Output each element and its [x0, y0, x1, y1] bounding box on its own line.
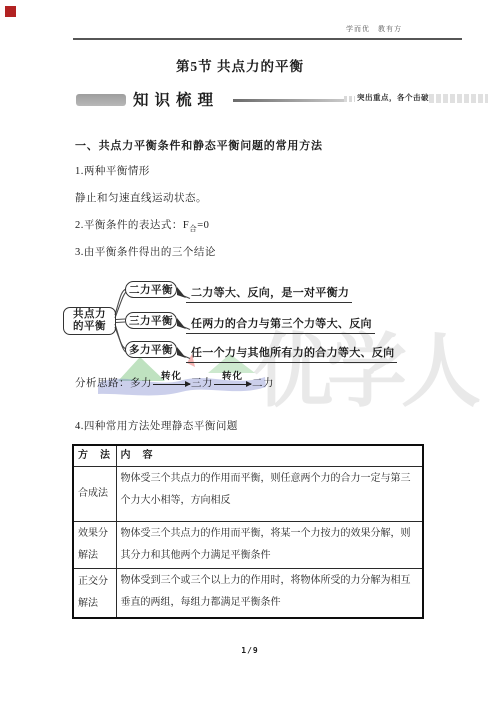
page-number: 1/9 — [0, 646, 500, 655]
content-cell: 物体受三个共点力的作用而平衡，将某一个力按力的效果分解，则其分力和其他两个力满足… — [116, 521, 423, 568]
analysis-word-two: 二力 — [252, 377, 274, 390]
banner-divider-line — [233, 99, 344, 102]
table-header-row: 方 法 内 容 — [73, 445, 423, 466]
transform-arrow-2: 转化 — [214, 372, 251, 390]
mindmap-desc-two-force: 二力等大、反向，是一对平衡力 — [186, 284, 352, 303]
mindmap-node-multi-force: 多力平衡 — [125, 341, 177, 358]
mindmap-node-two-force: 二力平衡 — [125, 281, 177, 298]
page-title: 第5节 共点力的平衡 — [0, 55, 480, 75]
mindmap-root-line1: 共点力 — [73, 309, 106, 322]
mindmap-node-three-force: 三力平衡 — [125, 312, 177, 329]
content-cell: 物体受到三个或三个以上力的作用时，将物体所受的力分解为相互垂直的两组，每组力都满… — [116, 568, 423, 618]
outline-item-4: 4.四种常用方法处理静态平衡问题 — [75, 418, 238, 433]
document-page: 优学人 学而优 教有方 第5节 共点力的平衡 知识梳理 突出重点，各个击破 一、… — [0, 0, 500, 707]
outline-item-1-detail: 静止和匀速直线运动状态。 — [75, 190, 207, 205]
mindmap-desc-multi-force: 任一个力与其他所有力的合力等大、反向 — [186, 344, 397, 363]
method-cell: 合成法 — [73, 466, 116, 521]
mindmap-root-node: 共点力 的平衡 — [63, 307, 116, 335]
right-arrow-icon — [153, 384, 190, 385]
analysis-word-three: 三力 — [191, 377, 213, 390]
mindmap-desc-three-force: 任两力的合力与第三个力等大、反向 — [186, 315, 375, 334]
method-cell: 正交分解法 — [73, 568, 116, 618]
table-header-method: 方 法 — [73, 445, 116, 466]
transform-arrow-2-label: 转化 — [222, 372, 243, 382]
banner-slogan: 突出重点，各个击破 — [357, 92, 429, 103]
banner-dashes-left — [344, 96, 355, 102]
analysis-label: 分析思路： — [75, 377, 130, 390]
corner-mark — [5, 6, 16, 17]
table-header-content: 内 容 — [116, 445, 423, 466]
table-row: 合成法 物体受三个共点力的作用而平衡，则任意两个力的合力一定与第三个力大小相等，… — [73, 466, 423, 521]
analysis-flow-line: 分析思路： 多力 转化 三力 转化 二力 — [75, 372, 274, 390]
outline-item-1: 1.两种平衡情形 — [75, 163, 150, 178]
mindmap-root-line2: 的平衡 — [73, 321, 106, 334]
banner-pill — [76, 94, 126, 106]
content-cell: 物体受三个共点力的作用而平衡，则任意两个力的合力一定与第三个力大小相等，方向相反 — [116, 466, 423, 521]
table-row: 效果分解法 物体受三个共点力的作用而平衡，将某一个力按力的效果分解，则其分力和其… — [73, 521, 423, 568]
outline-item-2: 2.平衡条件的表达式：F合=0 — [75, 217, 209, 234]
table-row: 正交分解法 物体受到三个或三个以上力的作用时，将物体所受的力分解为相互垂直的两组… — [73, 568, 423, 618]
transform-arrow-1-label: 转化 — [161, 372, 182, 382]
outline-item-3: 3.由平衡条件得出的三个结论 — [75, 244, 216, 259]
equation-prefix: 2.平衡条件的表达式：F — [75, 220, 189, 231]
banner-dashes-right — [429, 94, 488, 103]
method-cell: 效果分解法 — [73, 521, 116, 568]
header-rule — [73, 38, 462, 40]
banner-title: 知识梳理 — [133, 88, 219, 110]
methods-table: 方 法 内 容 合成法 物体受三个共点力的作用而平衡，则任意两个力的合力一定与第… — [72, 444, 424, 619]
equation-suffix: =0 — [197, 220, 209, 231]
transform-arrow-1: 转化 — [153, 372, 190, 390]
brand-text: 学而优 教有方 — [346, 24, 402, 34]
analysis-word-multi: 多力 — [130, 377, 152, 390]
outline-heading: 一、共点力平衡条件和静态平衡问题的常用方法 — [75, 137, 323, 153]
right-arrow-icon — [214, 384, 251, 385]
